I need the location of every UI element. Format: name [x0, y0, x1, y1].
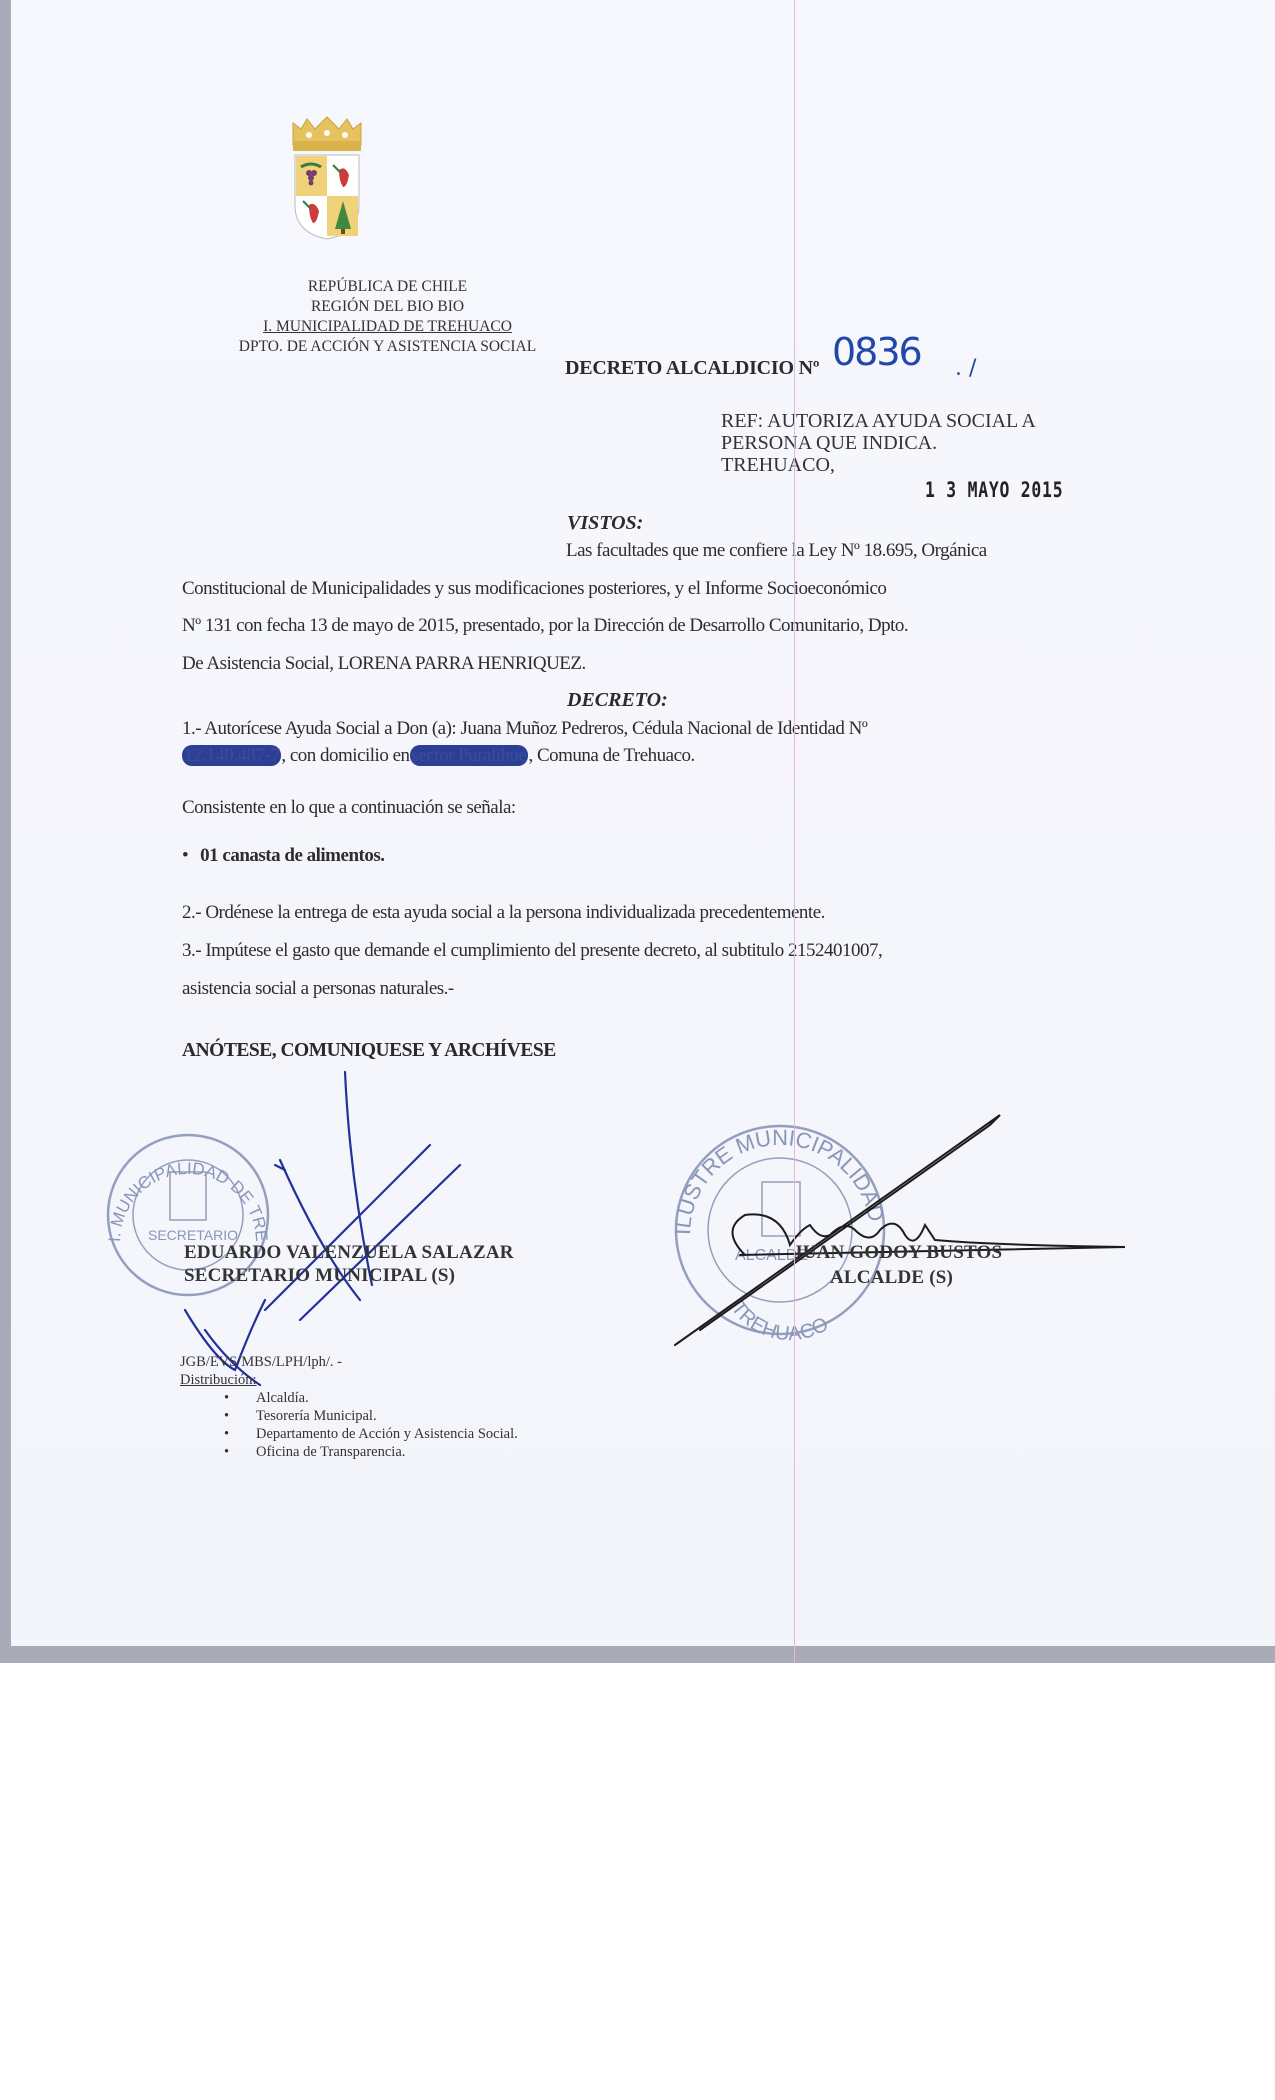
aid-item: •01 canasta de alimentos.: [182, 845, 384, 867]
decree-title: DECRETO ALCALDICIO Nº: [565, 357, 819, 380]
initials: JGB/EVS/MBS/LPH/lph/. -: [180, 1353, 518, 1371]
secretary-role: SECRETARIO MUNICIPAL (S): [184, 1264, 514, 1287]
distribution-item: Departamento de Acción y Asistencia Soci…: [224, 1425, 518, 1443]
ref-line-place: TREHUACO,: [721, 454, 1036, 476]
ref-line-2: PERSONA QUE INDICA.: [721, 432, 1036, 454]
reference-block: REF: AUTORIZA AYUDA SOCIAL A PERSONA QUE…: [721, 410, 1036, 476]
decree-item-1-line-2: 12.140.487-7, con domicilio ensector Pur…: [182, 745, 695, 767]
header-line-department: DPTO. DE ACCIÓN Y ASISTENCIA SOCIAL: [230, 337, 545, 357]
decree-item-3-line-2: asistencia social a personas naturales.-: [182, 978, 454, 1000]
header-line-region: REGIÓN DEL BIO BIO: [230, 297, 545, 317]
redacted-id-number: 12.140.487-7: [182, 745, 281, 766]
distribution-item: Tesorería Municipal.: [224, 1407, 518, 1425]
secretary-signature-block: EDUARDO VALENZUELA SALAZAR SECRETARIO MU…: [184, 1241, 514, 1287]
vistos-heading: VISTOS:: [567, 512, 643, 535]
distribution-item: Alcaldía.: [224, 1389, 518, 1407]
decreto-heading: DECRETO:: [567, 689, 668, 712]
distribution-label: Distribución:: [180, 1371, 518, 1389]
header-line-municipality: I. MUNICIPALIDAD DE TREHUACO: [230, 317, 545, 337]
redacted-address: sector Puralihue: [410, 745, 529, 766]
coat-of-arms-icon: [287, 115, 367, 245]
ref-line-1: REF: AUTORIZA AYUDA SOCIAL A: [721, 410, 1036, 432]
vistos-line: Nº 131 con fecha 13 de mayo de 2015, pre…: [182, 615, 908, 637]
vistos-line: Las facultades que me confiere la Ley Nº…: [566, 540, 987, 562]
aid-item-label: 01 canasta de alimentos.: [200, 845, 384, 866]
mayor-role: ALCALDE (S): [830, 1266, 953, 1289]
header-line-country: REPÚBLICA DE CHILE: [230, 277, 545, 297]
decree-number-handwritten: 0836: [832, 330, 921, 374]
vistos-line: Constitucional de Municipalidades y sus …: [182, 578, 886, 600]
distribution-footer: JGB/EVS/MBS/LPH/lph/. - Distribución: Al…: [180, 1353, 518, 1461]
address-prefix: , con domicilio en: [281, 745, 409, 766]
decree-number-suffix: . /: [955, 356, 976, 381]
distribution-item: Oficina de Transparencia.: [224, 1443, 518, 1461]
bullet-icon: •: [182, 845, 188, 866]
scan-artifact-line: [794, 0, 795, 1663]
closing-formula: ANÓTESE, COMUNIQUESE Y ARCHÍVESE: [182, 1040, 556, 1062]
vistos-line: De Asistencia Social, LORENA PARRA HENRI…: [182, 653, 586, 675]
commune-text: , Comuna de Trehuaco.: [528, 745, 694, 766]
institution-header: REPÚBLICA DE CHILE REGIÓN DEL BIO BIO I.…: [230, 277, 545, 357]
date-stamp: 1 3 MAYO 2015: [925, 478, 1063, 502]
decree-item-2: 2.- Ordénese la entrega de esta ayuda so…: [182, 902, 825, 924]
mayor-name: JUAN GODOY BUSTOS: [793, 1241, 1002, 1264]
distribution-list: Alcaldía. Tesorería Municipal. Departame…: [180, 1389, 518, 1461]
secretary-name: EDUARDO VALENZUELA SALAZAR: [184, 1241, 514, 1264]
decree-item-3-line-1: 3.- Impútese el gasto que demande el cum…: [182, 940, 882, 962]
decree-item-1-line-1: 1.- Autorícese Ayuda Social a Don (a): J…: [182, 718, 1112, 740]
consistente-text: Consistente en lo que a continuación se …: [182, 797, 516, 819]
